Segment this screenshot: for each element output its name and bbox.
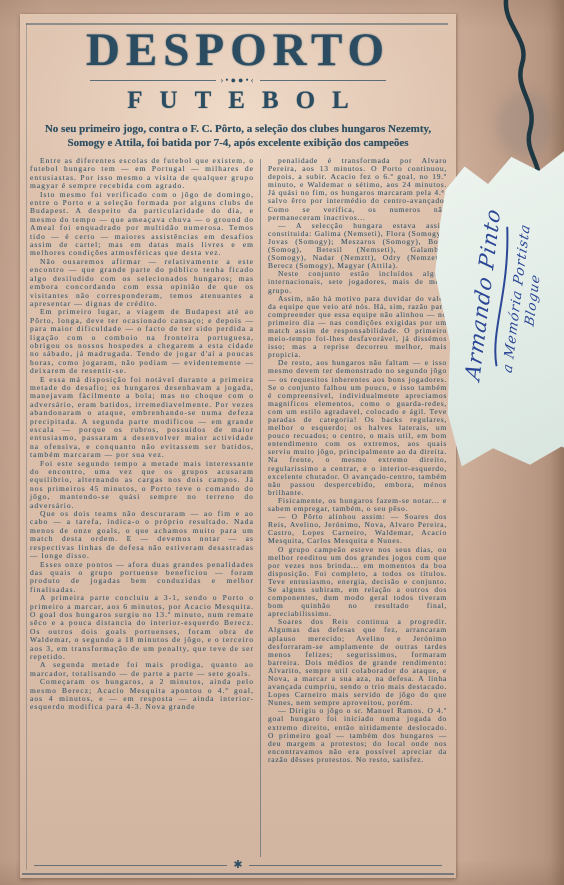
column-divider: [260, 159, 261, 857]
article-paragraph: A segunda metade foi mais prodiga, quant…: [30, 661, 254, 678]
article-paragraph: Foi este segundo tempo a metade mais int…: [30, 460, 254, 510]
article-paragraph: O grupo campeão esteve nos seus dias, ou…: [268, 546, 447, 619]
article-body: Entre as diferentes escolas de futebol q…: [20, 157, 456, 857]
ornament-line: [90, 80, 216, 81]
article-paragraph: Soares dos Reis continua a progredir. Al…: [268, 618, 447, 707]
article-paragraph: — O Pôrto alinhou assim: — Soares dos Re…: [268, 513, 447, 545]
article-paragraph: Não ousaremos afirmar — relativamente a …: [30, 258, 254, 308]
footer-divider: ✱: [34, 860, 442, 870]
star-ornament-icon: ✱: [227, 860, 248, 870]
masthead: DESPORTO ›•●●•‹ FUTEBOL No seu primeiro …: [20, 14, 456, 150]
article-paragraph: — A selecção hungara estava assim consti…: [268, 222, 447, 271]
newspaper-clipping: DESPORTO ›•●●•‹ FUTEBOL No seu primeiro …: [20, 14, 456, 878]
article-paragraph: Entre as diferentes escolas de futebol q…: [30, 157, 254, 191]
article-paragraph: Isto mesmo foi verificado com o jôgo de …: [30, 191, 254, 258]
ink-smudge: [496, 92, 554, 156]
article-column-left: Entre as diferentes escolas de futebol q…: [30, 157, 254, 857]
article-paragraph: Fisicamente, os hungaros fazem-se notar.…: [268, 497, 447, 513]
handwriting: Armando Pinto a Memória Portista Blogue: [453, 144, 560, 450]
clipping-left-rule: [26, 23, 27, 870]
article-paragraph: Em primeiro lugar, a viagem de Budapest …: [30, 308, 254, 375]
scrapbook-page: { "masthead": { "title": "DESPORTO", "or…: [0, 0, 564, 885]
section-title: FUTEBOL: [20, 88, 456, 114]
article-column-right: penalidade é transformada por Alvaro Per…: [268, 157, 447, 857]
article-paragraph: Neste conjunto estão incluídos alguns in…: [268, 270, 447, 294]
article-subhead: No seu primeiro jogo, contra o F. C. Pôr…: [34, 123, 442, 150]
article-paragraph: Começaram os hungaros, a 2 minutos, aind…: [30, 678, 254, 712]
article-paragraph: A primeira parte concluiu a 3-1, sendo o…: [30, 594, 254, 661]
article-paragraph: Assim, não há motivo para duvidar do val…: [268, 295, 447, 360]
ornament-line: [260, 80, 386, 81]
article-paragraph: Esses onze pontos — afora duas grandes p…: [30, 561, 254, 595]
article-paragraph: — Dirigiu o jôgo o sr. Manuel Ramos. O 4…: [268, 707, 447, 764]
ornament-glyphs-icon: ›•●●•‹: [216, 76, 259, 84]
article-paragraph: penalidade é transformada por Alvaro Per…: [268, 157, 447, 222]
article-paragraph: E essa má disposição foi notável durante…: [30, 376, 254, 460]
article-paragraph: Que os dois teams não descuraram — ao fi…: [30, 510, 254, 560]
clipping-bottom-rule: [22, 873, 454, 875]
page-title: DESPORTO: [20, 27, 456, 73]
masthead-ornament: ›•●●•‹: [90, 76, 386, 84]
article-paragraph: De resto, aos hungaros não faltam — e is…: [268, 359, 447, 497]
footer-rule: [34, 865, 227, 866]
footer-rule: [249, 865, 442, 866]
